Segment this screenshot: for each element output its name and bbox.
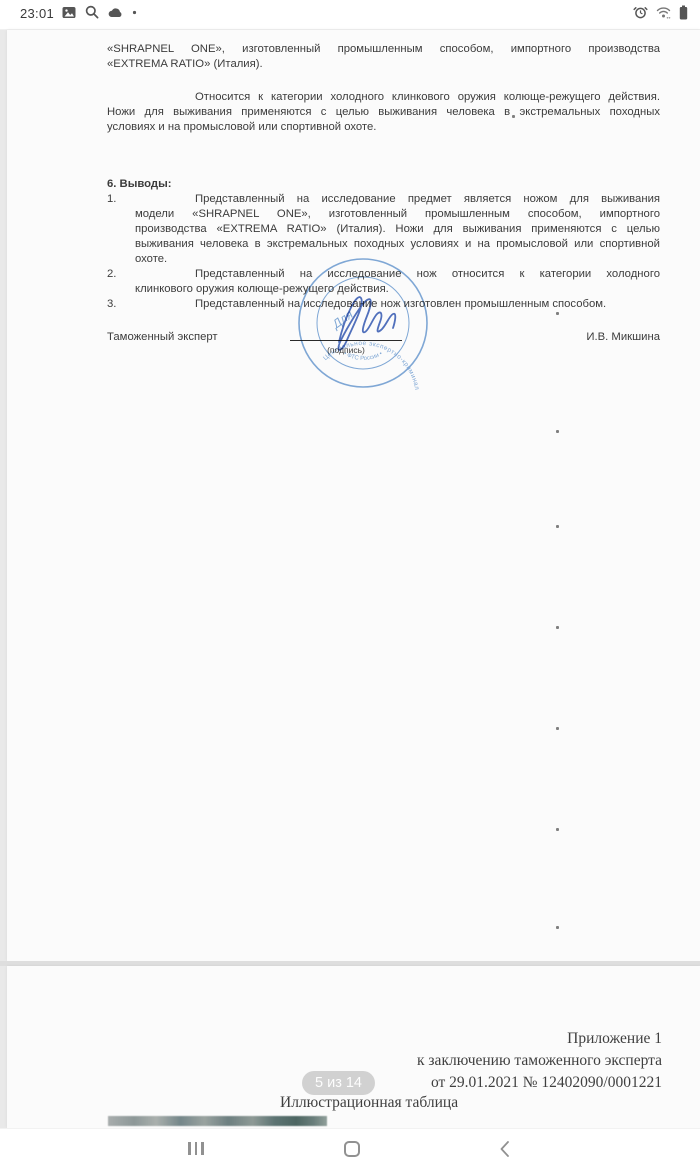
photo-top-edge xyxy=(108,1116,327,1126)
home-icon xyxy=(344,1141,360,1157)
expert-name: И.В. Микшина xyxy=(586,330,660,345)
scan-speck xyxy=(556,312,559,315)
status-bar: 23:01 xyxy=(0,0,700,30)
navigation-bar xyxy=(0,1128,700,1167)
gallery-icon xyxy=(62,6,76,19)
scan-speck xyxy=(556,828,559,831)
scan-speck xyxy=(556,926,559,929)
document-line: модели «SHRAPNEL ONE», изготовленный про… xyxy=(135,207,660,222)
page-counter-toast: 5 из 14 xyxy=(302,1071,375,1095)
list-number: 2. xyxy=(107,267,135,297)
paragraph-category: Относится к категории холодного клинково… xyxy=(107,90,660,135)
wifi-icon xyxy=(656,6,671,19)
recents-icon xyxy=(188,1142,204,1155)
scan-speck xyxy=(556,430,559,433)
document-page-2[interactable]: Приложение 1 к заключению таможенного эк… xyxy=(7,966,700,1128)
document-page-1[interactable]: «SHRAPNEL ONE», изготовленный промышленн… xyxy=(7,30,700,961)
alarm-icon xyxy=(633,5,648,20)
document-line: условиях и на промысловой или спортивной… xyxy=(107,120,660,135)
scan-speck xyxy=(556,626,559,629)
appendix-subtitle: к заключению таможенного эксперта xyxy=(417,1052,662,1070)
document-line: производства «EXTREMA RATIO» (Италия). Н… xyxy=(135,222,660,237)
list-number: 3. xyxy=(107,297,135,312)
back-icon xyxy=(499,1140,510,1158)
scan-speck xyxy=(556,727,559,730)
back-button[interactable] xyxy=(482,1129,526,1167)
appendix-number: от 29.01.2021 № 12402090/0001221 xyxy=(431,1074,662,1092)
search-icon xyxy=(85,5,99,19)
document-line: Представленный на исследование предмет я… xyxy=(135,192,660,207)
notification-dot xyxy=(132,10,137,15)
document-line: Относится к категории холодного клинково… xyxy=(107,90,660,105)
scan-speck xyxy=(556,525,559,528)
expert-role-label: Таможенный эксперт xyxy=(107,330,218,345)
document-line: Ножи для выживания применяются с целью в… xyxy=(107,105,660,120)
home-button[interactable] xyxy=(330,1129,374,1167)
device-screen: 23:01 xyxy=(0,0,700,1167)
document-line: «SHRAPNEL ONE», изготовленный промышленн… xyxy=(107,42,660,57)
document-line: выживания человека в экстремальных поход… xyxy=(135,237,660,252)
notification-icons xyxy=(62,5,137,19)
conclusions-heading: 6. Выводы: xyxy=(107,177,660,192)
battery-icon xyxy=(679,5,688,20)
clock-text: 23:01 xyxy=(20,6,54,21)
handwritten-signature xyxy=(327,280,427,360)
cloud-icon xyxy=(108,7,123,18)
recents-button[interactable] xyxy=(174,1129,218,1167)
document-line: «EXTREMA RATIO» (Италия). xyxy=(107,57,660,72)
list-number: 1. xyxy=(107,192,135,267)
system-status-icons xyxy=(633,5,688,20)
illustration-table-caption: Иллюстрационная таблица xyxy=(280,1094,458,1112)
appendix-title: Приложение 1 xyxy=(567,1030,662,1048)
scan-speck xyxy=(512,115,515,118)
paragraph-model: «SHRAPNEL ONE», изготовленный промышленн… xyxy=(107,42,660,72)
